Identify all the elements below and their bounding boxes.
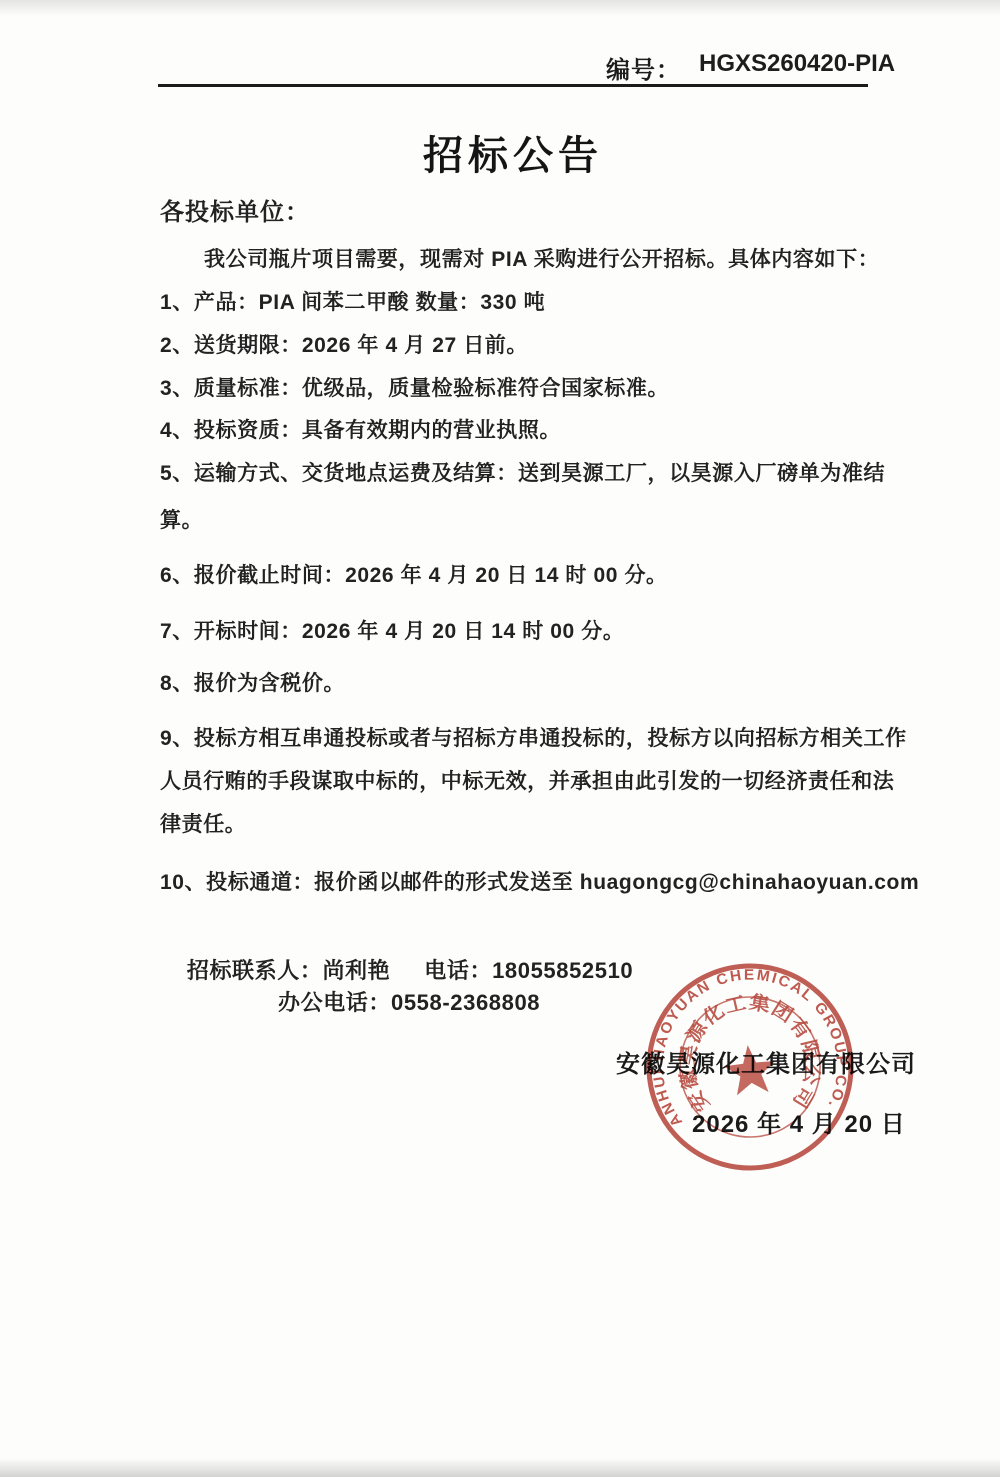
svg-text:ANHUI HAOYUAN CHEMICAL GROUP C: ANHUI HAOYUAN CHEMICAL GROUP CO., LTD. — [634, 951, 856, 1133]
contact-person: 招标联系人：尚利艳 — [187, 958, 390, 983]
item-7: 7、开标时间：2026 年 4 月 20 日 14 时 00 分。 — [160, 615, 624, 645]
office-phone: 办公电话：0558-2368808 — [278, 986, 540, 1017]
scan-shade-top — [0, 0, 1000, 16]
item-5-line-2: 算。 — [160, 504, 203, 534]
seal-ring-text: ANHUI HAOYUAN CHEMICAL GROUP CO., LTD. — [634, 951, 856, 1133]
item-3: 3、质量标准：优级品，质量检验标准符合国家标准。 — [160, 372, 669, 402]
item-9-line-1: 9、投标方相互串通投标或者与招标方串通投标的，投标方以向招标方相关工作 — [160, 722, 907, 752]
item-2: 2、送货期限：2026 年 4 月 27 日前。 — [160, 329, 528, 359]
page-title: 招标公告 — [13, 124, 1000, 181]
item-10: 10、投标通道：报价函以邮件的形式发送至 huagongcg@chinahaoy… — [160, 866, 919, 896]
intro-paragraph: 我公司瓶片项目需要，现需对 PIA 采购进行公开招标。具体内容如下： — [204, 243, 879, 273]
contact-phone: 电话：18055852510 — [424, 958, 633, 983]
company-seal: ANHUI HAOYUAN CHEMICAL GROUP CO., LTD. 安… — [634, 951, 867, 1184]
item-8: 8、报价为含税价。 — [160, 667, 345, 697]
scan-shade-bottom — [0, 1458, 1000, 1477]
item-4: 4、投标资质：具备有效期内的营业执照。 — [160, 414, 561, 444]
item-5-line-1: 5、运输方式、交货地点运费及结算：送到昊源工厂，以昊源入厂磅单为准结 — [160, 457, 885, 487]
item-9-line-3: 律责任。 — [160, 808, 246, 838]
doc-number-value: HGXS260420-PIA — [699, 50, 895, 85]
item-9-line-2: 人员行贿的手段谋取中标的，中标无效，并承担由此引发的一切经济责任和法 — [160, 765, 894, 795]
header-rule — [158, 84, 868, 87]
salutation: 各投标单位： — [160, 192, 310, 227]
seal-star-icon — [722, 1042, 778, 1096]
scanned-tender-document: 编号： HGXS260420-PIA 招标公告 各投标单位： 我公司瓶片项目需要… — [0, 0, 1000, 1477]
item-1: 1、产品：PIA 间苯二甲酸 数量：330 吨 — [160, 286, 545, 316]
doc-number-label: 编号： — [606, 50, 681, 85]
item-6: 6、报价截止时间：2026 年 4 月 20 日 14 时 00 分。 — [160, 559, 668, 589]
doc-number: 编号： HGXS260420-PIA — [606, 50, 895, 85]
